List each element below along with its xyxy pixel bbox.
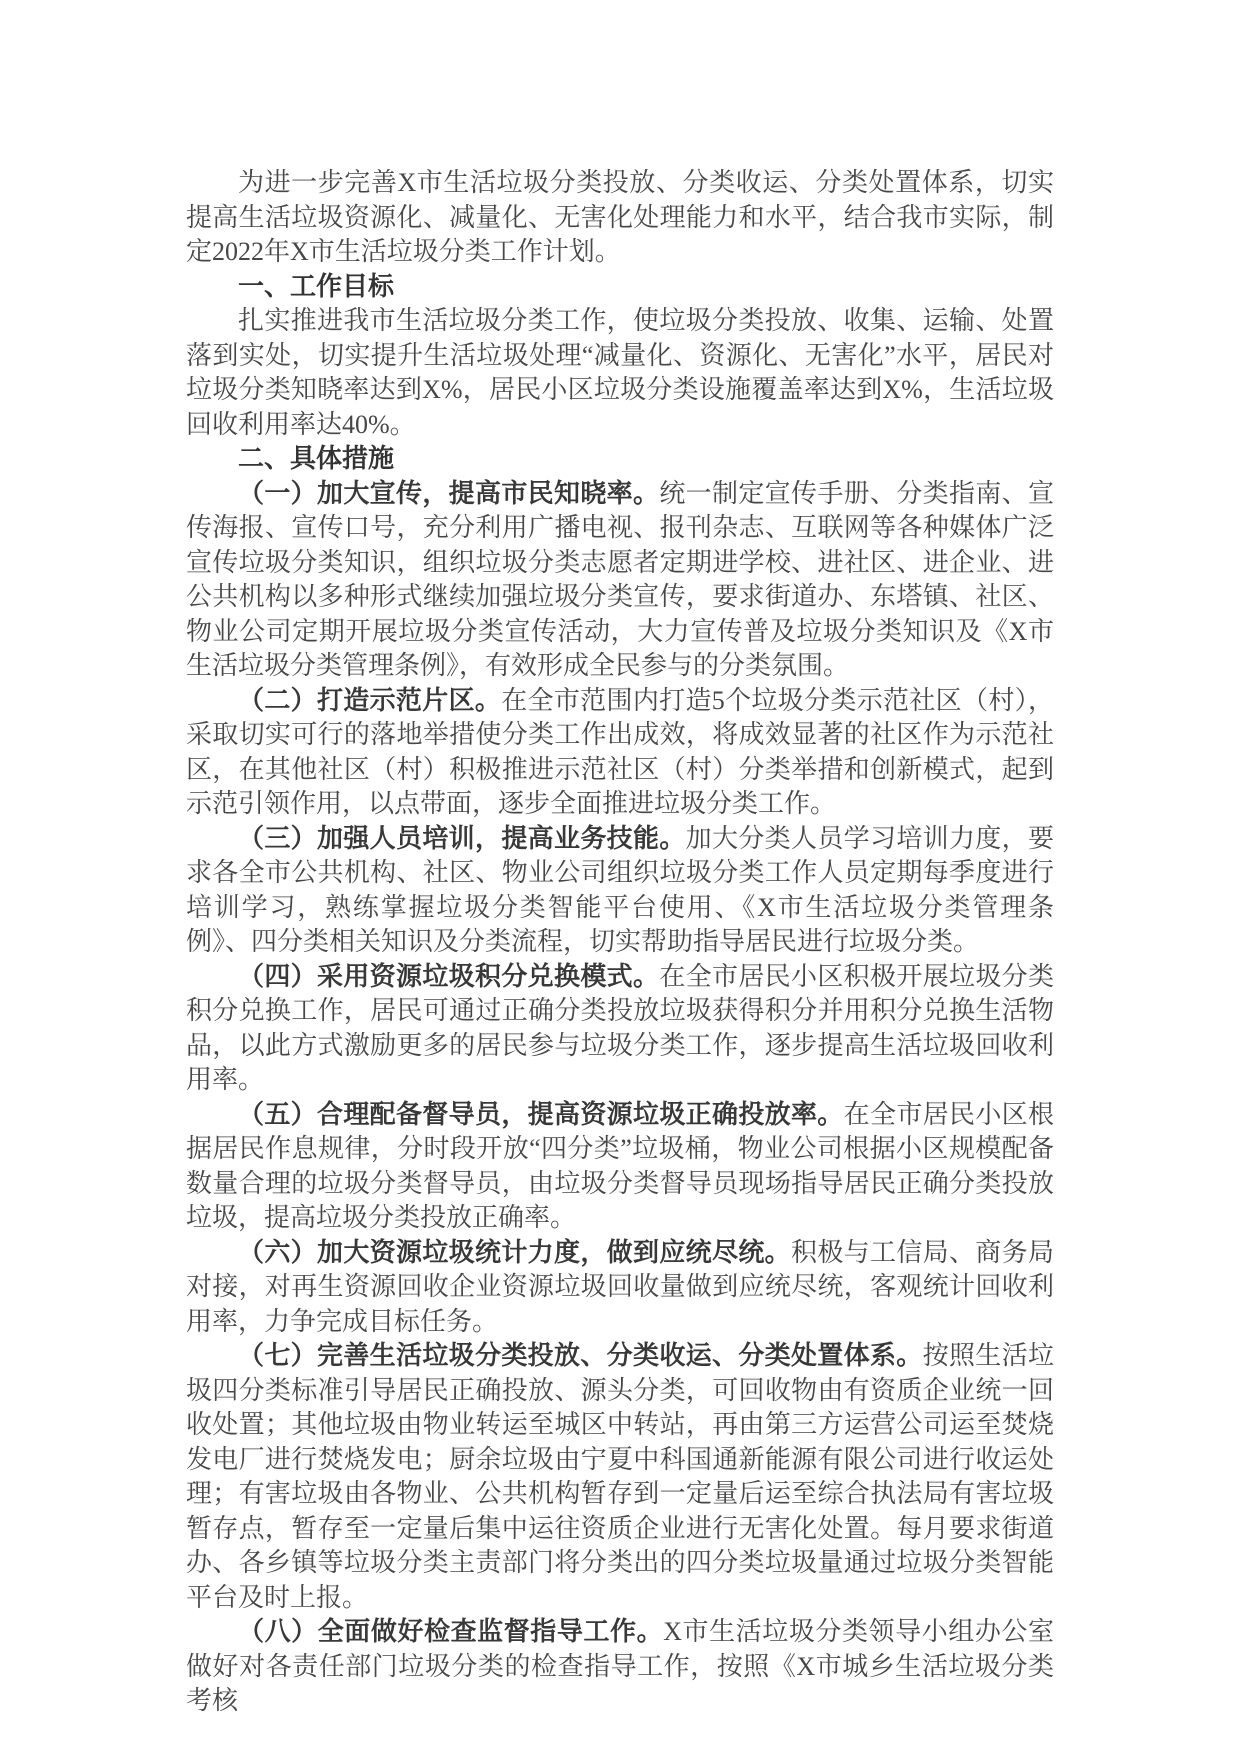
paragraph: 为进一步完善X市生活垃圾分类投放、分类收运、分类处置体系，切实提高生活垃圾资源化… (186, 166, 1054, 270)
paragraph-lead: （七）完善生活垃圾分类投放、分类收运、分类处置体系。 (238, 1341, 923, 1370)
numbered-paragraph: （四）采用资源垃圾积分兑换模式。在全市居民小区积极开展垃圾分类积分兑换工作，居民… (186, 960, 1054, 1098)
section-heading: 一、工作目标 (186, 270, 1054, 305)
numbered-paragraph: （五）合理配备督导员，提高资源垃圾正确投放率。在全市居民小区根据居民作息规律，分… (186, 1098, 1054, 1236)
numbered-paragraph: （一）加大宣传，提高市民知晓率。统一制定宣传手册、分类指南、宣传海报、宣传口号，… (186, 477, 1054, 684)
document-page: 为进一步完善X市生活垃圾分类投放、分类收运、分类处置体系，切实提高生活垃圾资源化… (0, 0, 1240, 1754)
numbered-paragraph: （三）加强人员培训，提高业务技能。加大分类人员学习培训力度，要求各全市公共机构、… (186, 822, 1054, 960)
paragraph-lead: （八）全面做好检查监督指导工作。 (238, 1617, 663, 1646)
paragraph-lead: （一）加大宣传，提高市民知晓率。 (238, 479, 659, 508)
paragraph-lead: （二）打造示范片区。 (238, 686, 501, 715)
paragraph-lead: （三）加强人员培训，提高业务技能。 (238, 824, 686, 853)
paragraph-lead: （六）加大资源垃圾统计力度，做到应统尽统。 (238, 1238, 791, 1267)
section-heading: 二、具体措施 (186, 442, 1054, 477)
numbered-paragraph: （六）加大资源垃圾统计力度，做到应统尽统。积极与工信局、商务局对接，对再生资源回… (186, 1236, 1054, 1340)
numbered-paragraph: （八）全面做好检查监督指导工作。X市生活垃圾分类领导小组办公室做好对各责任部门垃… (186, 1615, 1054, 1719)
numbered-paragraph: （二）打造示范片区。在全市范围内打造5个垃圾分类示范社区（村），采取切实可行的落… (186, 684, 1054, 822)
paragraph-lead: （四）采用资源垃圾积分兑换模式。 (238, 962, 659, 991)
paragraph-lead: （五）合理配备督导员，提高资源垃圾正确投放率。 (238, 1100, 844, 1129)
document-body: 为进一步完善X市生活垃圾分类投放、分类收运、分类处置体系，切实提高生活垃圾资源化… (186, 166, 1054, 1719)
numbered-paragraph: （七）完善生活垃圾分类投放、分类收运、分类处置体系。按照生活垃圾四分类标准引导居… (186, 1339, 1054, 1615)
paragraph: 扎实推进我市生活垃圾分类工作，使垃圾分类投放、收集、运输、处置落到实处，切实提升… (186, 304, 1054, 442)
